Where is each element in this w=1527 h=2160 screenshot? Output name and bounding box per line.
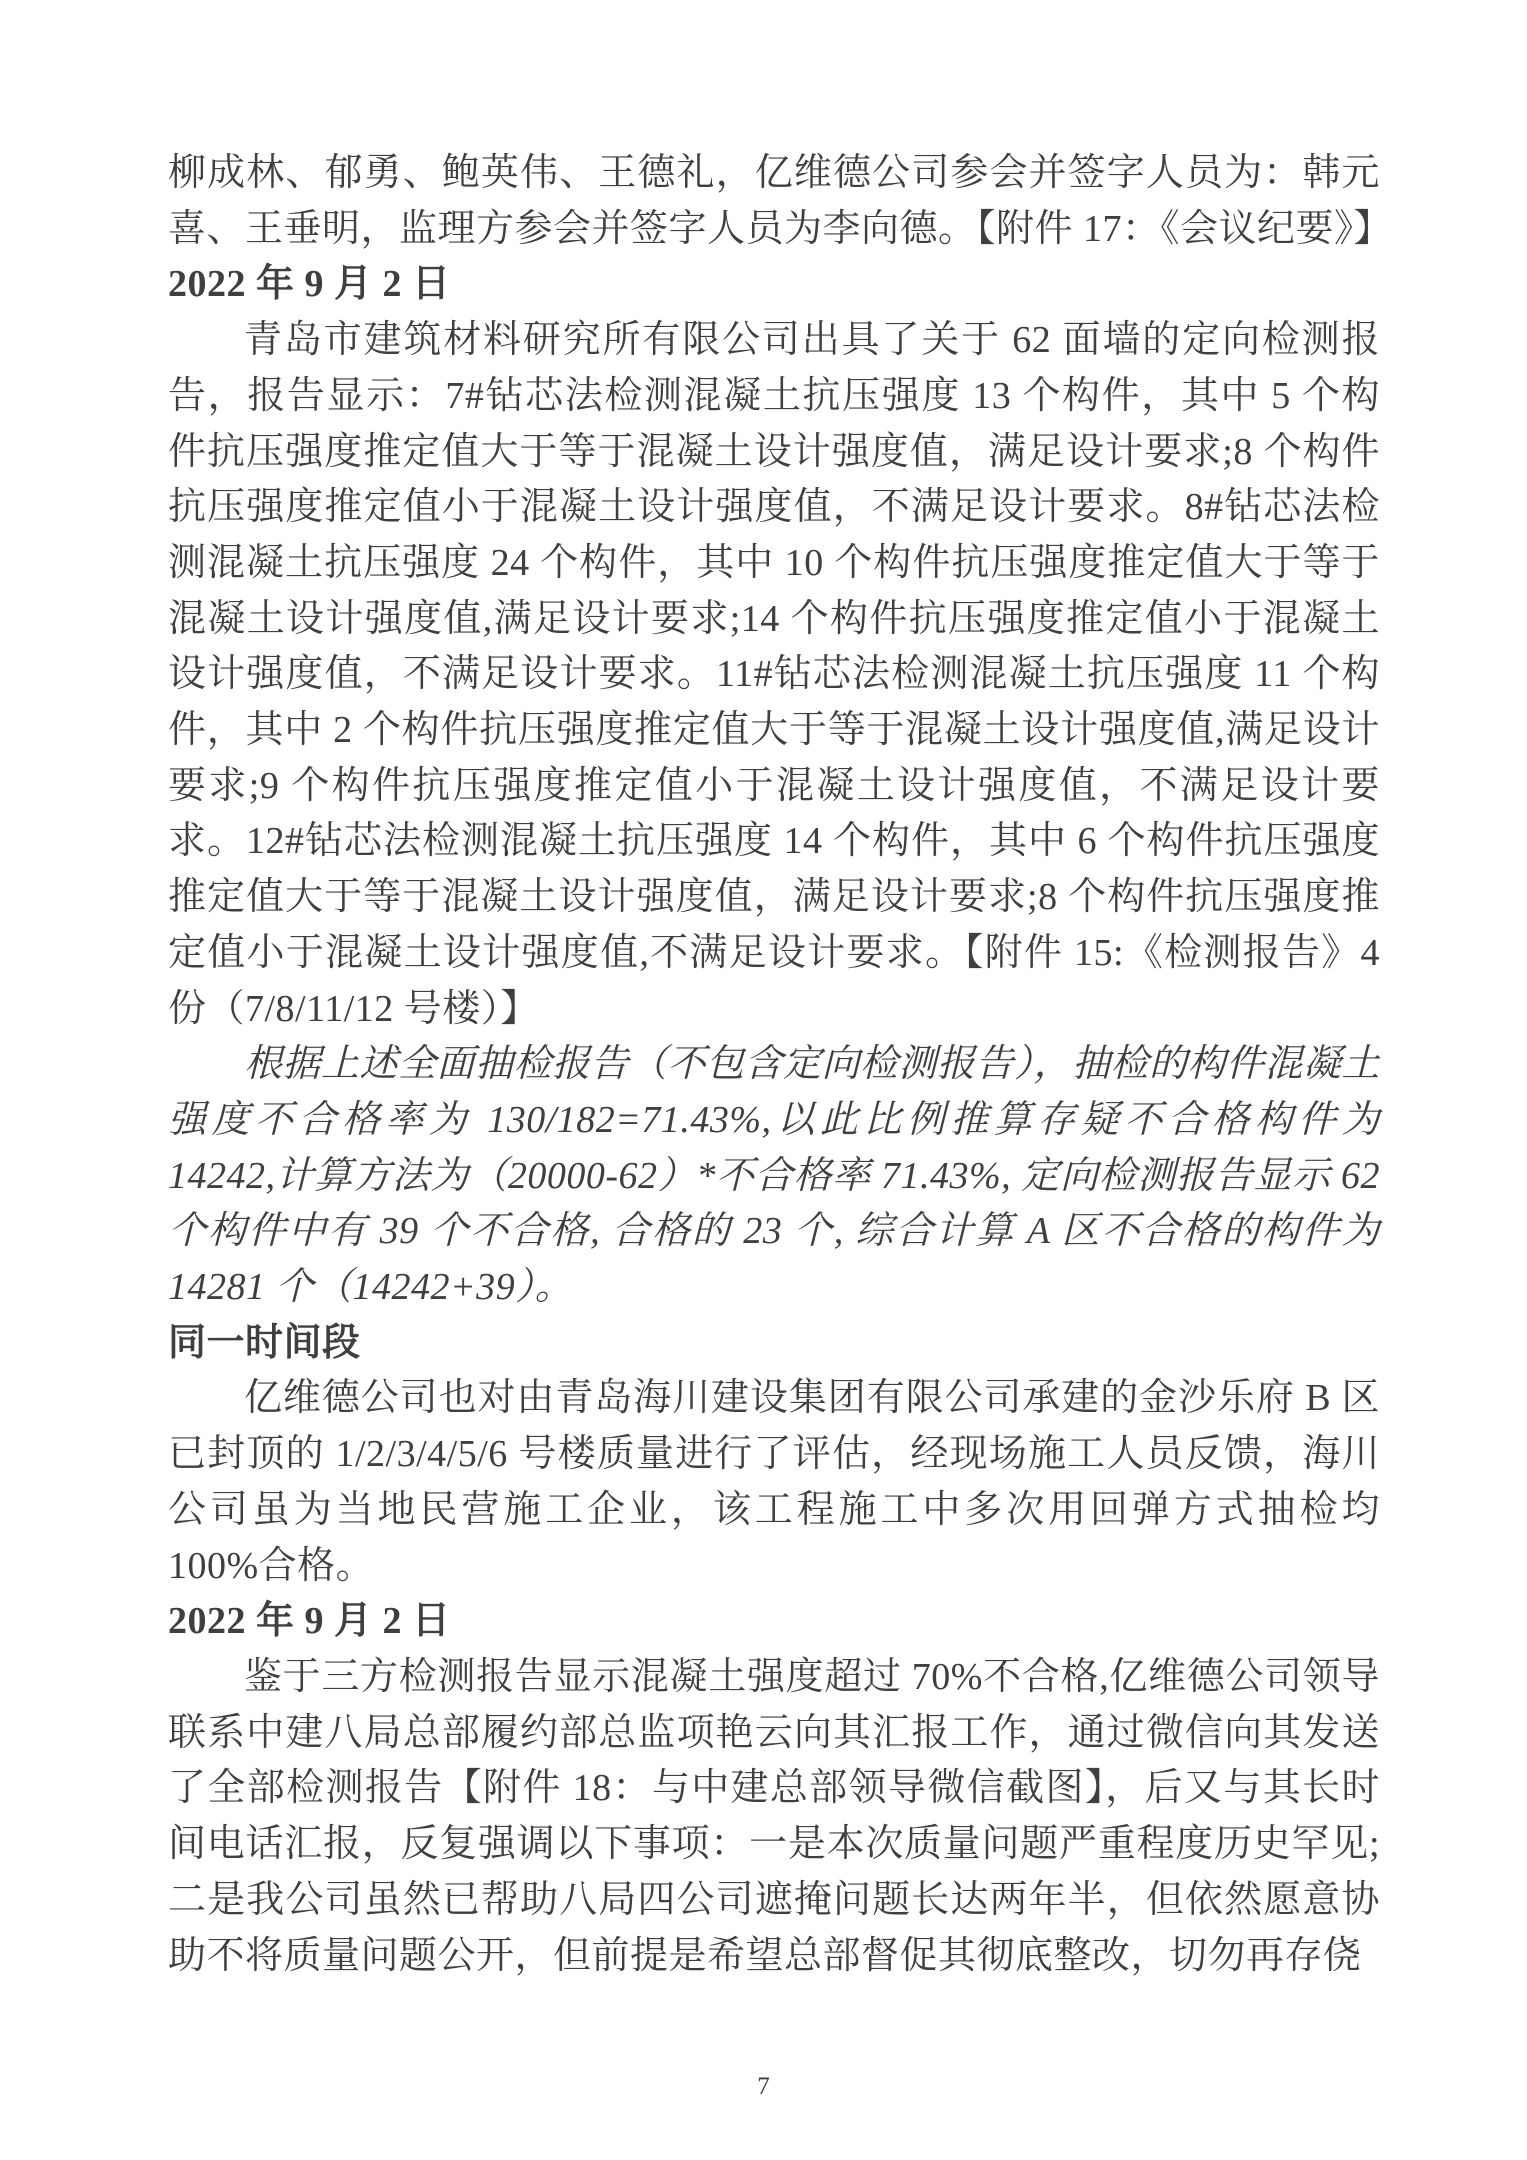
section-heading-same-period: 同一时间段	[168, 1316, 1380, 1372]
paragraph-report-to-headquarters: 鉴于三方检测报告显示混凝土强度超过 70%不合格,亿维德公司领导联系中建八局总部…	[168, 1650, 1380, 1984]
paragraph-calculation-note: 根据上述全面抽检报告（不包含定向检测报告），抽检的构件混凝土强度不合格率为 13…	[168, 1037, 1380, 1316]
document-page: 柳成林、郁勇、鲍英伟、王德礼，亿维德公司参会并签字人员为：韩元喜、王垂明，监理方…	[0, 0, 1527, 2160]
date-heading: 2022 年 9 月 2 日	[168, 257, 1380, 313]
paragraph-haichuan-evaluation: 亿维德公司也对由青岛海川建设集团有限公司承建的金沙乐府 B 区已封顶的 1/2/…	[168, 1371, 1380, 1594]
date-heading: 2022 年 9 月 2 日	[168, 1594, 1380, 1650]
page-number: 7	[757, 2073, 770, 2100]
paragraph-continuation: 柳成林、郁勇、鲍英伟、王德礼，亿维德公司参会并签字人员为：韩元喜、王垂明，监理方…	[168, 146, 1380, 257]
document-body: 柳成林、郁勇、鲍英伟、王德礼，亿维德公司参会并签字人员为：韩元喜、王垂明，监理方…	[168, 146, 1380, 1984]
paragraph-inspection-report: 青岛市建筑材料研究所有限公司出具了关于 62 面墙的定向检测报告，报告显示：7#…	[168, 313, 1380, 1037]
page-footer: 7	[0, 2072, 1527, 2102]
